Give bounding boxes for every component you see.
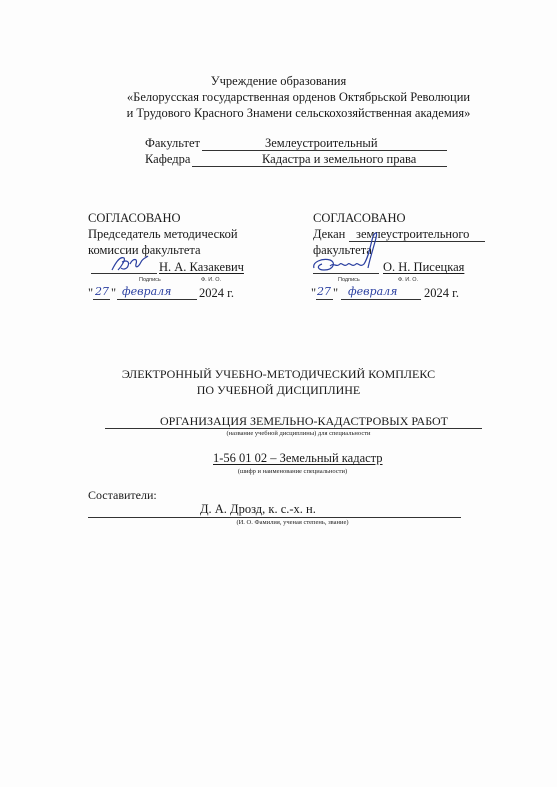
faculty-value: Землеустроительный (265, 135, 378, 151)
main-title-line2: ПО УЧЕБНОЙ ДИСЦИПЛИНЕ (0, 382, 557, 398)
specialty-caption: (шифр и наименование специальности) (0, 468, 557, 476)
approval-right-month: февраля (348, 285, 397, 298)
approval-left-day: 27 (95, 285, 109, 298)
document-page: { "header": { "line1": "Учреждение образ… (0, 0, 557, 787)
faculty-label: Факультет (145, 135, 200, 151)
authors-underline (88, 517, 461, 518)
authors-caption: (И. О. Фамилия, ученая степень, звание) (0, 519, 557, 527)
approval-right-title: СОГЛАСОВАНО (313, 210, 406, 226)
approval-right-day-line (316, 299, 333, 300)
authors-value: Д. А. Дрозд, к. с.-х. н. (200, 501, 316, 517)
institution-name-line1: «Белорусская государственная орденов Окт… (0, 89, 557, 105)
approval-left-month-line (117, 299, 197, 300)
approval-left-quote-close: " (111, 285, 116, 301)
discipline-name: ОРГАНИЗАЦИЯ ЗЕМЕЛЬНО-КАДАСТРОВЫХ РАБОТ (160, 413, 448, 429)
approval-left-day-line (93, 299, 110, 300)
specialty-value: 1-56 01 02 – Земельный кадастр (213, 450, 383, 466)
approval-right-month-line (341, 299, 421, 300)
authors-label: Составители: (88, 487, 157, 503)
department-value: Кадастра и земельного права (262, 151, 416, 167)
approval-right-day: 27 (317, 285, 331, 298)
approval-right-year: 2024 г. (424, 285, 459, 301)
institution-type: Учреждение образования (0, 73, 557, 89)
approval-right-signature-caption: Подпись (338, 277, 360, 283)
approval-right-name-caption: Ф. И. О. (398, 277, 418, 283)
approval-right-signature-icon (310, 228, 385, 276)
approval-left-year: 2024 г. (199, 285, 234, 301)
approval-left-role-line1: Председатель методической (88, 226, 238, 242)
discipline-caption: (название учебной дисциплины) для специа… (0, 430, 557, 438)
institution-name-line2: и Трудового Красного Знамени сельскохозя… (0, 105, 557, 121)
approval-left-name-caption: Ф. И. О. (201, 277, 221, 283)
approval-right-name: О. Н. Писецкая (383, 259, 464, 275)
approval-left-signature-caption: Подпись (139, 277, 161, 283)
approval-left-name: Н. А. Казакевич (159, 259, 244, 275)
approval-left-month: февраля (122, 285, 171, 298)
approval-left-signature-icon (108, 252, 153, 274)
approval-right-quote-close: " (333, 285, 338, 301)
approval-left-title: СОГЛАСОВАНО (88, 210, 181, 226)
department-label: Кафедра (145, 151, 190, 167)
main-title-line1: ЭЛЕКТРОННЫЙ УЧЕБНО-МЕТОДИЧЕСКИЙ КОМПЛЕКС (0, 366, 557, 382)
